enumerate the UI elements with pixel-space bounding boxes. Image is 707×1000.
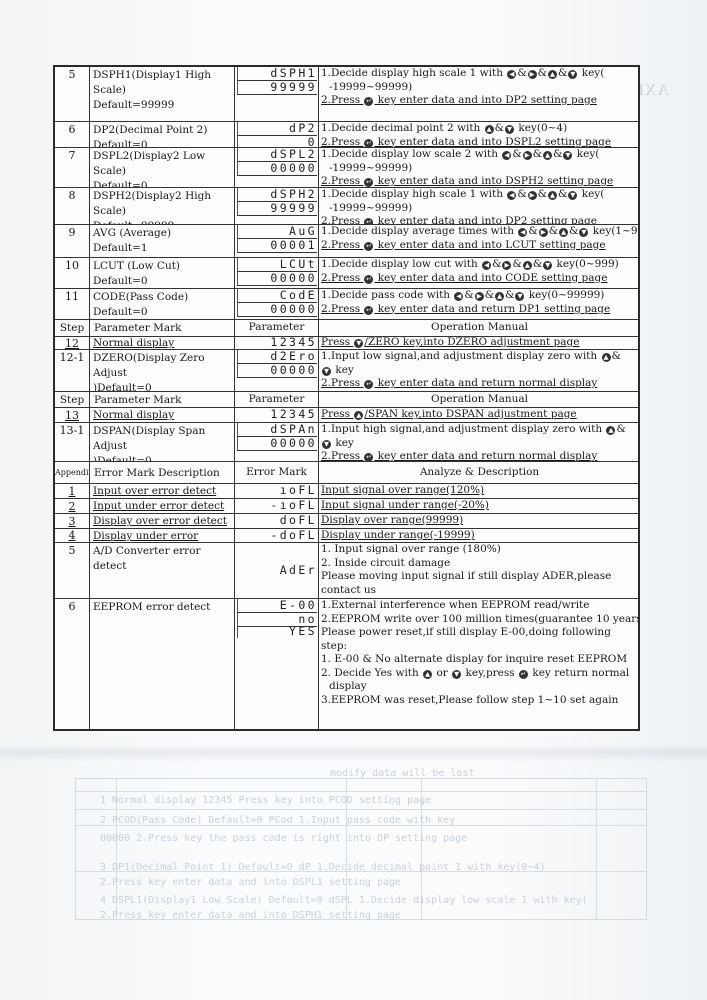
parameter-description: Display under error detect bbox=[90, 529, 235, 542]
operation-manual-text: Display under range(-19999) bbox=[319, 529, 638, 542]
table-header-row: AppendixError Mark DescriptionError Mark… bbox=[55, 462, 638, 484]
manual-line: Display over range(99999) bbox=[321, 514, 638, 527]
ghost-line: 4 DSPL1(Display1 Low Scale) Default=0 dS… bbox=[100, 895, 588, 906]
enter-key-icon: ↵ bbox=[364, 306, 373, 315]
operation-manual-text: 1.Decide pass code with ◀&▶&▲&▼ key(0~99… bbox=[319, 289, 638, 319]
parameter-mark-display: -doFL bbox=[235, 529, 319, 542]
operation-manual-text: 1.Decide display high scale 1 with ◀&▶&▲… bbox=[319, 67, 638, 121]
down-key-icon: ▼ bbox=[322, 440, 331, 449]
operation-manual-text: 1.Decide display high scale 1 with ◀&▶&▲… bbox=[319, 188, 638, 224]
left-key-icon: ◀ bbox=[482, 261, 491, 270]
operation-manual-text: 1.Decide display low cut with ◀&▶&▲&▼ ke… bbox=[319, 258, 638, 288]
enter-key-icon: ↵ bbox=[364, 139, 373, 148]
seven-segment-mark: dP2 bbox=[237, 122, 317, 136]
parameter-description: DSPAN(Display Span Adjust )Default=0 bbox=[90, 423, 235, 461]
step-number: 5 bbox=[55, 543, 90, 598]
manual-line: 2.Press ↵ key enter data and into DSPL2 … bbox=[321, 136, 638, 148]
seven-segment-mark: doFL bbox=[237, 514, 317, 527]
left-key-icon: ◀ bbox=[518, 228, 527, 237]
parameter-mark-display: E-00noYES bbox=[235, 599, 319, 731]
manual-line: 1.Decide pass code with ◀&▶&▲&▼ key(0~99… bbox=[321, 289, 638, 303]
table-row: 5DSPH1(Display1 High Scale) Default=9999… bbox=[55, 67, 638, 122]
seven-segment-mark: 12345 bbox=[237, 408, 317, 421]
right-key-icon: ▶ bbox=[502, 261, 511, 270]
table-row: 12Normal display12345Press ▼/ZERO key,in… bbox=[55, 337, 638, 350]
seven-segment-mark: dSPL2 bbox=[237, 148, 317, 162]
down-key-icon: ▼ bbox=[515, 292, 524, 301]
seven-segment-mark: 00000 bbox=[237, 162, 317, 176]
seven-segment-mark: dSPH2 bbox=[237, 188, 317, 202]
error-table-row: 3Display over error detectdoFLDisplay ov… bbox=[55, 514, 638, 529]
operation-manual-text: Input signal under range(-20%) bbox=[319, 499, 638, 513]
manual-line: 1.Input low signal,and adjustment displa… bbox=[321, 350, 638, 364]
seven-segment-mark: 00000 bbox=[237, 303, 317, 317]
header-manual: Operation Manual bbox=[319, 392, 638, 407]
right-key-icon: ▶ bbox=[528, 70, 537, 79]
seven-segment-mark: 00000 bbox=[237, 364, 317, 378]
operation-manual-text: 1.Decide display low scale 2 with ◀&▶&▲&… bbox=[319, 148, 638, 187]
seven-segment-mark: 99999 bbox=[237, 202, 317, 216]
down-key-icon: ▼ bbox=[543, 261, 552, 270]
left-key-icon: ◀ bbox=[507, 70, 516, 79]
operation-manual-text: Press ▲/SPAN key,into DSPAN adjustment p… bbox=[319, 408, 638, 422]
parameter-description: CODE(Pass Code) Default=0 bbox=[90, 289, 235, 319]
seven-segment-mark: dSPAn bbox=[237, 423, 317, 437]
enter-key-icon: ↵ bbox=[519, 670, 528, 679]
parameter-mark-display: dSPAn00000 bbox=[235, 423, 319, 461]
manual-line: contact us bbox=[321, 584, 638, 598]
error-table-row: 6EEPROM error detectE-00noYES1.External … bbox=[55, 599, 638, 731]
parameter-mark-display: dSPL200000 bbox=[235, 148, 319, 187]
parameter-settings-table: 5DSPH1(Display1 High Scale) Default=9999… bbox=[53, 65, 640, 731]
table-row: 6DP2(Decimal Point 2) Default=0dP201.Dec… bbox=[55, 122, 638, 148]
manual-line: display bbox=[321, 680, 638, 694]
manual-line: 1.External interference when EEPROM read… bbox=[321, 599, 638, 613]
table-row: 13-1DSPAN(Display Span Adjust )Default=0… bbox=[55, 423, 638, 462]
header-manual: Operation Manual bbox=[319, 320, 638, 336]
table-header-row: StepParameter Mark DescriptionParameter … bbox=[55, 320, 638, 337]
seven-segment-mark: dSPH1 bbox=[237, 67, 317, 81]
parameter-mark-display: 12345 bbox=[235, 408, 319, 422]
operation-manual-text: 1. Input signal over range (180%)2. Insi… bbox=[319, 543, 638, 598]
parameter-mark-display: dSPH199999 bbox=[235, 67, 319, 121]
parameter-description: Normal display bbox=[90, 337, 235, 349]
right-key-icon: ▶ bbox=[523, 151, 532, 160]
manual-line: ▼ key bbox=[321, 437, 638, 451]
manual-line: 1. E-00 & No alternate display for inqui… bbox=[321, 653, 638, 667]
seven-segment-mark: YES bbox=[237, 625, 317, 638]
step-number: 1 bbox=[55, 484, 90, 498]
table-row: 8DSPH2(Display2 High Scale) Default=9999… bbox=[55, 188, 638, 225]
manual-line: Press ▼/ZERO key,into DZERO adjustment p… bbox=[321, 337, 638, 348]
table-row: 12-1DZERO(Display Zero Adjust )Default=0… bbox=[55, 350, 638, 392]
manual-line: 3.EEPROM was reset,Please follow step 1~… bbox=[321, 694, 638, 708]
ghost-line: 2.Press key enter data and into DSPL1 se… bbox=[100, 877, 401, 888]
enter-key-icon: ↵ bbox=[364, 380, 373, 389]
header-mark: Parameter Mark bbox=[235, 320, 319, 336]
parameter-description: AVG (Average) Default=1 bbox=[90, 225, 235, 257]
left-key-icon: ◀ bbox=[507, 191, 516, 200]
seven-segment-mark: 12345 bbox=[237, 337, 317, 348]
seven-segment-mark: LCUt bbox=[237, 258, 317, 272]
manual-line: 2.Press ↵ key enter data and into LCUT s… bbox=[321, 239, 638, 253]
ghost-line: 1 Normal display 12345 Press key into PC… bbox=[100, 795, 431, 806]
down-key-icon: ▼ bbox=[354, 339, 363, 348]
manual-line: 2.Press ↵ key enter data and return norm… bbox=[321, 377, 638, 391]
up-key-icon: ▲ bbox=[548, 191, 557, 200]
operation-manual-text: 1.Input low signal,and adjustment displa… bbox=[319, 350, 638, 391]
parameter-mark-display: d2Ero00000 bbox=[235, 350, 319, 391]
parameter-description: DZERO(Display Zero Adjust )Default=0 bbox=[90, 350, 235, 391]
manual-line: 1.Decide display high scale 1 with ◀&▶&▲… bbox=[321, 67, 638, 81]
operation-manual-text: 1.External interference when EEPROM read… bbox=[319, 599, 638, 731]
manual-line: 2.Press ↵ key enter data and return norm… bbox=[321, 450, 638, 461]
seven-segment-mark: 00000 bbox=[237, 437, 317, 451]
parameter-description: Normal display bbox=[90, 408, 235, 422]
manual-line: -19999~99999) bbox=[321, 162, 638, 176]
manual-line: -19999~99999) bbox=[321, 81, 638, 95]
manual-line: 2.Press ↵ key enter data and into DP2 se… bbox=[321, 215, 638, 224]
manual-line: 2.Press ↵ key enter data and into DP2 se… bbox=[321, 94, 638, 108]
parameter-mark-display: dP20 bbox=[235, 122, 319, 147]
header-mark: Error Mark bbox=[235, 462, 319, 483]
up-key-icon: ▲ bbox=[543, 151, 552, 160]
seven-segment-mark: AdEr bbox=[237, 543, 317, 597]
operation-manual-text: 1.Decide decimal point 2 with ▲&▼ key(0~… bbox=[319, 122, 638, 147]
right-key-icon: ▶ bbox=[539, 228, 548, 237]
seven-segment-mark: d2Ero bbox=[237, 350, 317, 364]
step-number: 9 bbox=[55, 225, 90, 257]
up-key-icon: ▲ bbox=[523, 261, 532, 270]
step-number: 6 bbox=[55, 599, 90, 731]
error-table-row: 2Input under error detect-ıoFLInput sign… bbox=[55, 499, 638, 514]
parameter-mark-display: dSPH299999 bbox=[235, 188, 319, 224]
enter-key-icon: ↵ bbox=[364, 242, 373, 251]
left-key-icon: ◀ bbox=[454, 292, 463, 301]
manual-line: -19999~99999) bbox=[321, 202, 638, 216]
manual-line: 2.Press ↵ key enter data and return DP1 … bbox=[321, 303, 638, 317]
step-number: 7 bbox=[55, 148, 90, 187]
header-description: Error Mark Description bbox=[90, 462, 235, 483]
ghost-line: 2 PCOD(Pass Code) Default=0 PCod 1.Input… bbox=[100, 815, 455, 826]
parameter-description: EEPROM error detect bbox=[90, 599, 235, 731]
table-row: 11CODE(Pass Code) Default=0CodE000001.De… bbox=[55, 289, 638, 320]
manual-line: Press ▲/SPAN key,into DSPAN adjustment p… bbox=[321, 408, 638, 421]
enter-key-icon: ↵ bbox=[364, 218, 373, 224]
seven-segment-mark: 0 bbox=[237, 136, 317, 147]
manual-line: Input signal under range(-20%) bbox=[321, 499, 638, 512]
right-key-icon: ▶ bbox=[475, 292, 484, 301]
table-header-row: StepParameter Mark DescriptionParameter … bbox=[55, 392, 638, 408]
seven-segment-mark: ıoFL bbox=[237, 484, 317, 497]
enter-key-icon: ↵ bbox=[364, 97, 373, 106]
seven-segment-mark: 99999 bbox=[237, 81, 317, 95]
operation-manual-text: Input signal over range(120%) bbox=[319, 484, 638, 498]
header-description: Parameter Mark Description bbox=[90, 320, 235, 336]
manual-line: Display under range(-19999) bbox=[321, 529, 638, 541]
step-number: 2 bbox=[55, 499, 90, 513]
operation-manual-text: Press ▼/ZERO key,into DZERO adjustment p… bbox=[319, 337, 638, 349]
step-number: 4 bbox=[55, 529, 90, 542]
manual-line: 1.Input high signal,and adjustment displ… bbox=[321, 423, 638, 437]
up-key-icon: ▲ bbox=[548, 70, 557, 79]
header-manual: Analyze & Description bbox=[319, 462, 638, 483]
parameter-description: A/D Converter error detect bbox=[90, 543, 235, 598]
ghost-line: 2.Press key enter data and into DSPH1 se… bbox=[100, 910, 401, 921]
seven-segment-mark: -ıoFL bbox=[237, 499, 317, 512]
table-row: 13Normal display12345Press ▲/SPAN key,in… bbox=[55, 408, 638, 423]
down-key-icon: ▼ bbox=[568, 70, 577, 79]
step-number: 3 bbox=[55, 514, 90, 528]
step-number: 12-1 bbox=[55, 350, 90, 391]
manual-line: 1.Decide display low scale 2 with ◀&▶&▲&… bbox=[321, 148, 638, 162]
step-number: 12 bbox=[55, 337, 90, 349]
down-key-icon: ▼ bbox=[452, 670, 461, 679]
down-key-icon: ▼ bbox=[568, 191, 577, 200]
table-row: 9AVG (Average) Default=1AuG000011.Decide… bbox=[55, 225, 638, 258]
down-key-icon: ▼ bbox=[322, 367, 331, 376]
enter-key-icon: ↵ bbox=[364, 275, 373, 284]
up-key-icon: ▲ bbox=[423, 670, 432, 679]
manual-line: 2.EEPROM write over 100 million times(gu… bbox=[321, 613, 638, 627]
left-key-icon: ◀ bbox=[502, 151, 511, 160]
manual-line: Please power reset,if still display E-00… bbox=[321, 626, 638, 640]
manual-line: ▼ key bbox=[321, 364, 638, 378]
up-key-icon: ▲ bbox=[354, 411, 363, 420]
up-key-icon: ▲ bbox=[559, 228, 568, 237]
operation-manual-text: 1.Input high signal,and adjustment displ… bbox=[319, 423, 638, 461]
seven-segment-mark: -doFL bbox=[237, 529, 317, 541]
error-table-row: 1Input over error detectıoFLInput signal… bbox=[55, 484, 638, 499]
parameter-description: LCUT (Low Cut) Default=0 bbox=[90, 258, 235, 288]
enter-key-icon: ↵ bbox=[364, 453, 373, 461]
operation-manual-text: 1.Decide display average times with ◀&▶&… bbox=[319, 225, 638, 257]
seven-segment-mark: 00001 bbox=[237, 239, 317, 253]
manual-line: 1.Decide display high scale 1 with ◀&▶&▲… bbox=[321, 188, 638, 202]
header-step: Step bbox=[55, 320, 90, 336]
manual-line: 2.Press ↵ key enter data and into CODE s… bbox=[321, 272, 638, 286]
parameter-description: DSPH2(Display2 High Scale) Default=99999 bbox=[90, 188, 235, 224]
table-row: 7DSPL2(Display2 Low Scale) Default=0dSPL… bbox=[55, 148, 638, 188]
header-mark: Parameter Mark bbox=[235, 392, 319, 407]
parameter-description: Input over error detect bbox=[90, 484, 235, 498]
ghost-line: modify data will be lost bbox=[330, 768, 475, 779]
down-key-icon: ▼ bbox=[579, 228, 588, 237]
header-step: Appendix bbox=[55, 462, 90, 483]
parameter-mark-display: CodE00000 bbox=[235, 289, 319, 319]
manual-line: 1. Input signal over range (180%) bbox=[321, 543, 638, 557]
parameter-mark-display: AuG00001 bbox=[235, 225, 319, 257]
up-key-icon: ▲ bbox=[602, 353, 611, 362]
step-number: 8 bbox=[55, 188, 90, 224]
table-row: 10LCUT (Low Cut) Default=0LCUt000001.Dec… bbox=[55, 258, 638, 289]
step-number: 5 bbox=[55, 67, 90, 121]
seven-segment-mark: E-00 bbox=[237, 599, 317, 613]
ghost-line: 3 DP1(Decimal Point 1) Default=0 dP 1.De… bbox=[100, 862, 546, 873]
error-table-row: 4Display under error detect-doFLDisplay … bbox=[55, 529, 638, 543]
parameter-description: DSPL2(Display2 Low Scale) Default=0 bbox=[90, 148, 235, 187]
parameter-description: Input under error detect bbox=[90, 499, 235, 513]
manual-line: step: bbox=[321, 640, 638, 654]
parameter-description: DSPH1(Display1 High Scale) Default=99999 bbox=[90, 67, 235, 121]
manual-line: 2. Inside circuit damage bbox=[321, 557, 638, 571]
manual-line: 1.Decide decimal point 2 with ▲&▼ key(0~… bbox=[321, 122, 638, 136]
right-key-icon: ▶ bbox=[528, 191, 537, 200]
enter-key-icon: ↵ bbox=[364, 178, 373, 187]
parameter-mark-display: 12345 bbox=[235, 337, 319, 349]
parameter-mark-display: ıoFL bbox=[235, 484, 319, 498]
up-key-icon: ▲ bbox=[606, 426, 615, 435]
manual-line: 2.Press ↵ key enter data and into DSPH2 … bbox=[321, 175, 638, 187]
header-description: Parameter Mark Description bbox=[90, 392, 235, 407]
operation-manual-text: Display over range(99999) bbox=[319, 514, 638, 528]
step-number: 13-1 bbox=[55, 423, 90, 461]
parameter-description: Display over error detect bbox=[90, 514, 235, 528]
manual-line: 1.Decide display low cut with ◀&▶&▲&▼ ke… bbox=[321, 258, 638, 272]
header-step: Step bbox=[55, 392, 90, 407]
error-table-row: 5A/D Converter error detectAdEr1. Input … bbox=[55, 543, 638, 599]
seven-segment-mark: 00000 bbox=[237, 272, 317, 286]
step-number: 11 bbox=[55, 289, 90, 319]
step-number: 10 bbox=[55, 258, 90, 288]
manual-line: 2. Decide Yes with ▲ or ▼ key,press ↵ ke… bbox=[321, 667, 638, 681]
parameter-mark-display: -ıoFL bbox=[235, 499, 319, 513]
down-key-icon: ▼ bbox=[563, 151, 572, 160]
manual-line: Please moving input signal if still disp… bbox=[321, 570, 638, 584]
parameter-mark-display: LCUt00000 bbox=[235, 258, 319, 288]
parameter-description: DP2(Decimal Point 2) Default=0 bbox=[90, 122, 235, 147]
seven-segment-mark: CodE bbox=[237, 289, 317, 303]
parameter-mark-display: AdEr bbox=[235, 543, 319, 598]
down-key-icon: ▼ bbox=[505, 125, 514, 134]
manual-line: Input signal over range(120%) bbox=[321, 484, 638, 497]
up-key-icon: ▲ bbox=[485, 125, 494, 134]
step-number: 13 bbox=[55, 408, 90, 422]
step-number: 6 bbox=[55, 122, 90, 147]
ghost-line: 00000 2.Press key the pass code is right… bbox=[100, 833, 467, 844]
manual-line: 1.Decide display average times with ◀&▶&… bbox=[321, 225, 638, 239]
up-key-icon: ▲ bbox=[495, 292, 504, 301]
parameter-mark-display: doFL bbox=[235, 514, 319, 528]
seven-segment-mark: AuG bbox=[237, 225, 317, 239]
